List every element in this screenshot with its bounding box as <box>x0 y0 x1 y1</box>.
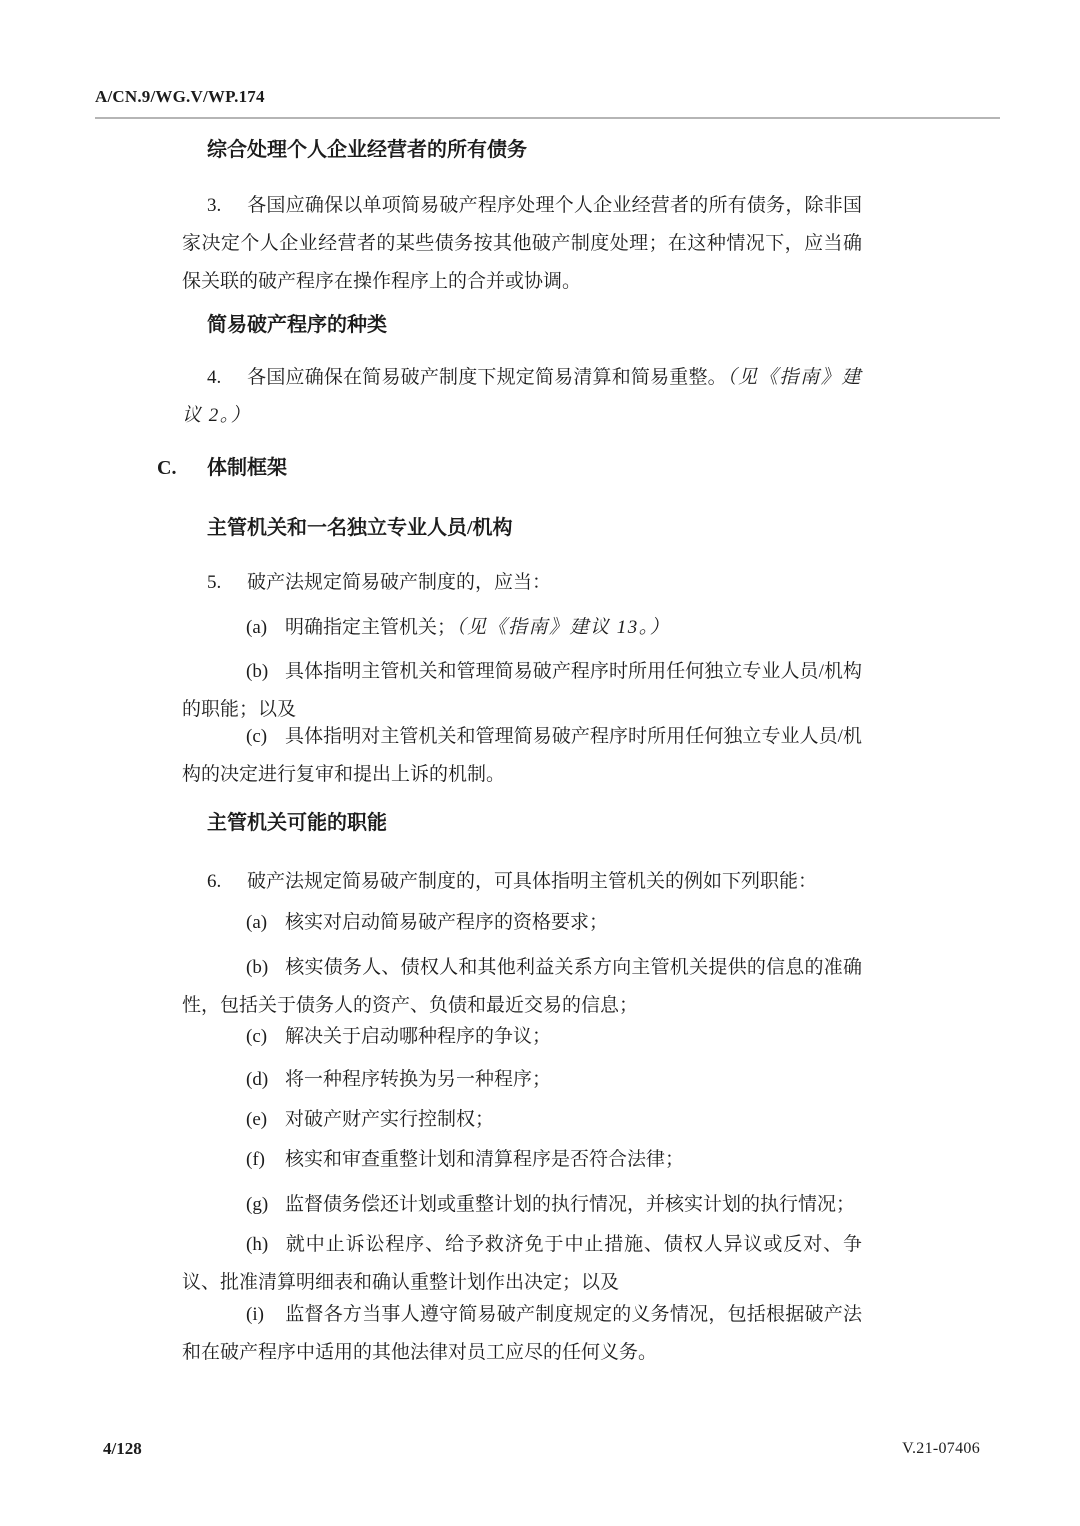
paragraph-number: 3. <box>207 187 247 225</box>
item-text: 将一种程序转换为另一种程序； <box>285 1069 551 1090</box>
list-item-6h: (h)就中止诉讼程序、给予救济免于中止措施、债权人异议或反对、争议、批准清算明细… <box>182 1226 862 1302</box>
document-symbol: A/CN.9/WG.V/WP.174 <box>95 88 265 105</box>
list-item-6e: (e)对破产财产实行控制权； <box>182 1101 862 1139</box>
list-item-6b: (b)核实债务人、债权人和其他利益关系方向主管机关提供的信息的准确性，包括关于债… <box>182 949 862 1025</box>
list-item-5a: (a)明确指定主管机关；（见《指南》建议 13。） <box>182 609 862 647</box>
item-tag: (d) <box>246 1061 285 1099</box>
item-text: 解决关于启动哪种程序的争议； <box>285 1026 551 1047</box>
document-page: A/CN.9/WG.V/WP.174 综合处理个人企业经营者的所有债务 3.各国… <box>0 0 1080 1526</box>
item-text: 对破产财产实行控制权； <box>285 1109 494 1130</box>
heading-proceeding-types: 简易破产程序的种类 <box>207 306 887 344</box>
item-tag: (a) <box>246 609 285 647</box>
item-tag: (b) <box>246 949 285 987</box>
item-tag: (b) <box>246 653 285 691</box>
section-title: 体制框架 <box>207 457 287 479</box>
item-text: 监督债务偿还计划或重整计划的执行情况，并核实计划的执行情况； <box>285 1194 855 1215</box>
paragraph-text: 各国应确保在简易破产制度下规定简易清算和简易重整。 <box>247 367 727 388</box>
list-item-6a: (a)核实对启动简易破产程序的资格要求； <box>182 904 862 942</box>
item-tag: (c) <box>246 718 285 756</box>
paragraph-3: 3.各国应确保以单项简易破产程序处理个人企业经营者的所有债务，除非国家决定个人企… <box>182 187 862 301</box>
paragraph-text: 破产法规定简易破产制度的，可具体指明主管机关的例如下列职能： <box>247 871 817 892</box>
item-text: 明确指定主管机关； <box>285 617 456 638</box>
list-item-5c: (c)具体指明对主管机关和管理简易破产程序时所用任何独立专业人员/机构的决定进行… <box>182 718 862 794</box>
heading-consolidated-debts: 综合处理个人企业经营者的所有债务 <box>207 131 887 169</box>
list-item-6c: (c)解决关于启动哪种程序的争议； <box>182 1018 862 1056</box>
paragraph-number: 4. <box>207 359 247 397</box>
item-tag: (c) <box>246 1018 285 1056</box>
list-item-6g: (g)监督债务偿还计划或重整计划的执行情况，并核实计划的执行情况； <box>182 1186 862 1224</box>
paragraph-number: 5. <box>207 564 247 602</box>
item-tag: (f) <box>246 1141 285 1179</box>
paragraph-5: 5.破产法规定简易破产制度的，应当： <box>182 564 862 602</box>
heading-authority-functions: 主管机关可能的职能 <box>207 804 887 842</box>
item-tag: (h) <box>246 1226 285 1264</box>
paragraph-text: 破产法规定简易破产制度的，应当： <box>247 572 551 593</box>
section-letter: C. <box>157 449 207 487</box>
paragraph-6: 6.破产法规定简易破产制度的，可具体指明主管机关的例如下列职能： <box>182 863 862 901</box>
list-item-6f: (f)核实和审查重整计划和清算程序是否符合法律； <box>182 1141 862 1179</box>
paragraph-number: 6. <box>207 863 247 901</box>
heading-competent-authority: 主管机关和一名独立专业人员/机构 <box>207 509 887 547</box>
item-tag: (g) <box>246 1186 285 1224</box>
item-text: 核实和审查重整计划和清算程序是否符合法律； <box>285 1149 684 1170</box>
list-item-6i: (i)监督各方当事人遵守简易破产制度规定的义务情况，包括根据破产法和在破产程序中… <box>182 1296 862 1372</box>
paragraph-text: 各国应确保以单项简易破产程序处理个人企业经营者的所有债务，除非国家决定个人企业经… <box>182 195 862 292</box>
guide-reference: （见《指南》建议 13。） <box>456 617 670 638</box>
item-text: 核实对启动简易破产程序的资格要求； <box>285 912 608 933</box>
item-tag: (e) <box>246 1101 285 1139</box>
item-tag: (a) <box>246 904 285 942</box>
item-tag: (i) <box>246 1296 285 1334</box>
page-number: 4/128 <box>103 1440 142 1457</box>
list-item-6d: (d)将一种程序转换为另一种程序； <box>182 1061 862 1099</box>
header-divider <box>95 117 1000 119</box>
paragraph-4: 4.各国应确保在简易破产制度下规定简易清算和简易重整。（见《指南》建议 2。） <box>182 359 862 435</box>
document-id: V.21-07406 <box>902 1441 980 1457</box>
section-c-heading: C.体制框架 <box>157 449 857 487</box>
